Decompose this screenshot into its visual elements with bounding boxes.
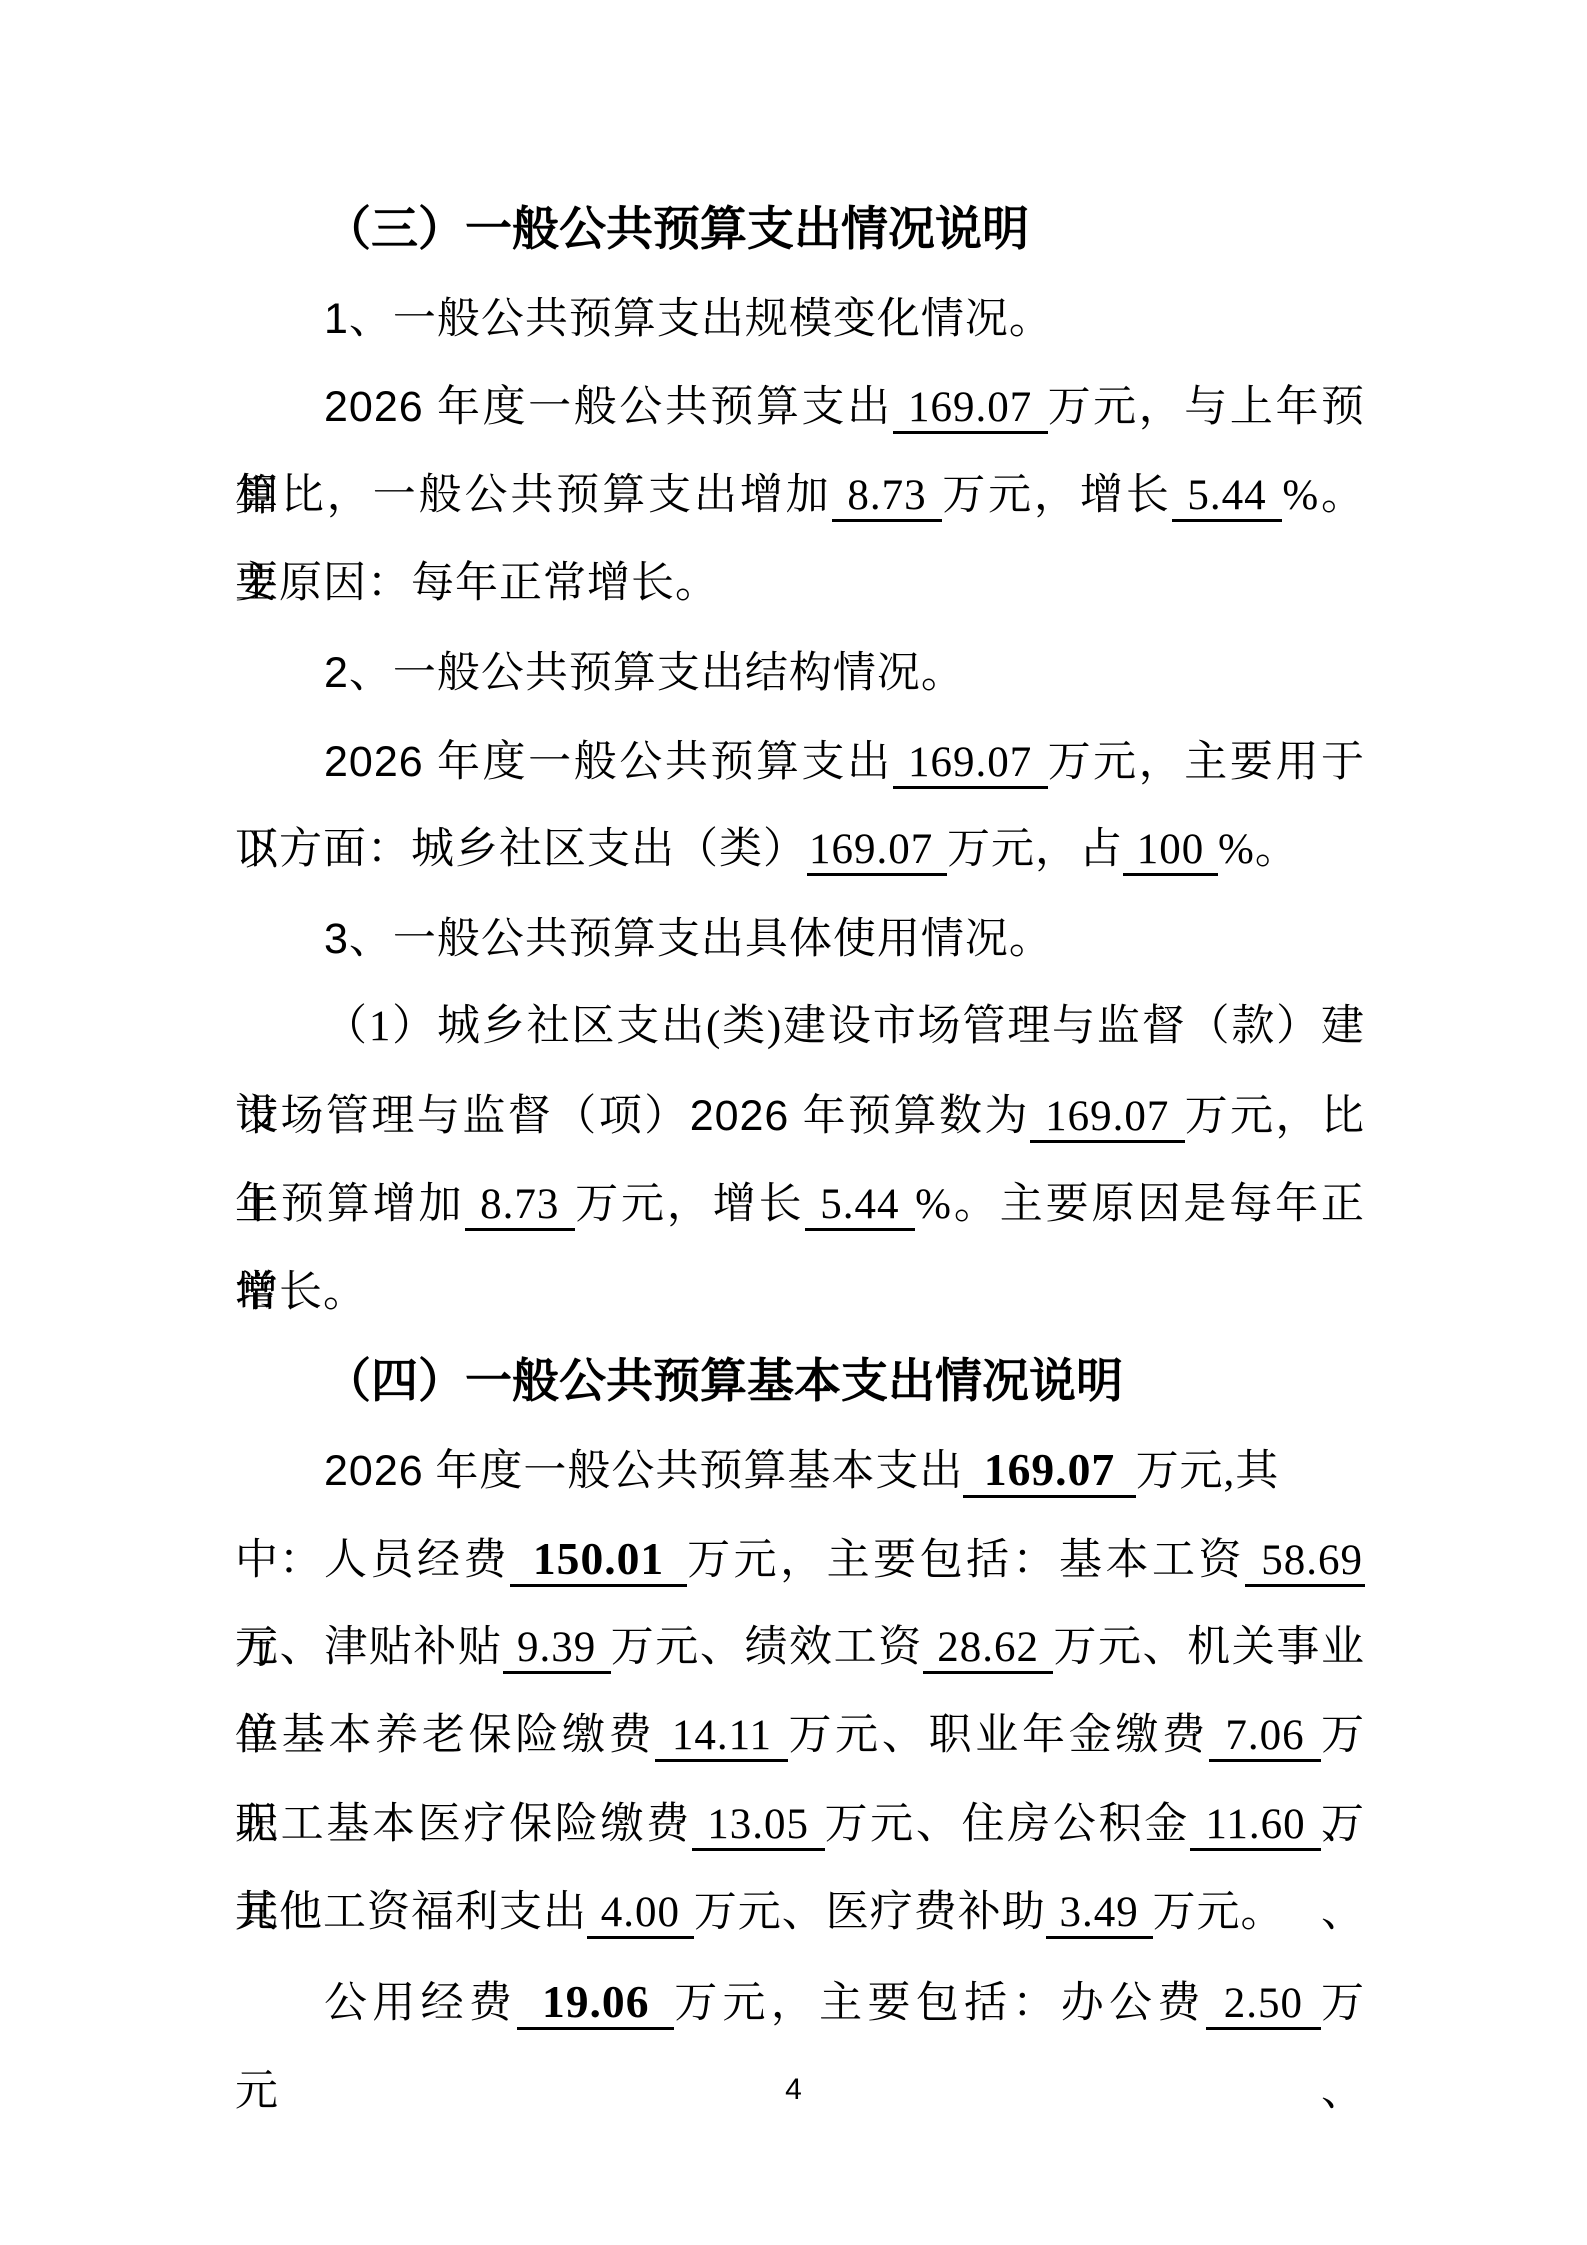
text-line: 位基本养老保险缴费 14.11 万元、职业年金缴费 7.06 万元、 xyxy=(235,1692,1365,1781)
heading-section-3: （三）一般公共预算支出情况说明 xyxy=(235,186,1365,275)
text-segment: 万元、医疗费补助 xyxy=(694,1889,1046,1936)
text-line: 1、一般公共预算支出规模变化情况。 xyxy=(235,275,1365,364)
text-segment: 年预算数为 xyxy=(789,1093,1030,1140)
budget-figure: 150.01 xyxy=(510,1533,687,1587)
text-line: 其他工资福利支出 4.00 万元、医疗费补助 3.49 万元。 xyxy=(235,1869,1365,1958)
budget-figure: 2.50 xyxy=(1206,1980,1321,2030)
text-segment: 万元，主要包括：办公费 xyxy=(674,1980,1205,2027)
budget-figure: 11.60 xyxy=(1190,1801,1321,1851)
budget-figure: 169.07 xyxy=(893,384,1048,434)
text-line: 相比，一般公共预算支出增加 8.73 万元，增长 5.44 %。主 xyxy=(235,452,1365,541)
text-segment: 下方面：城乡社区支出（类） xyxy=(235,826,807,873)
budget-figure: 169.07 xyxy=(893,739,1048,789)
budget-figure: 13.05 xyxy=(692,1801,825,1851)
text-segment: （四）一般公共预算基本支出情况说明 xyxy=(324,1356,1123,1408)
text-segment: 职工基本医疗保险缴费 xyxy=(235,1801,692,1848)
text-segment: 1 xyxy=(324,295,349,343)
text-line: 职工基本医疗保险缴费 13.05 万元、住房公积金 11.60 万元、 xyxy=(235,1781,1365,1870)
text-line: 年预算增加 8.73 万元，增长 5.44 %。主要原因是每年正常 xyxy=(235,1161,1365,1250)
budget-figure: 5.44 xyxy=(1172,472,1283,522)
budget-figure: 14.11 xyxy=(655,1712,788,1762)
text-line: 下方面：城乡社区支出（类）169.07 万元，占 100 %。 xyxy=(235,806,1365,895)
text-segment: 市场管理与监督（项） xyxy=(235,1093,690,1140)
budget-figure: 8.73 xyxy=(832,472,943,522)
text-line: 2026 年度一般公共预算支出 169.07 万元，与上年预算 xyxy=(235,363,1365,452)
text-segment: %。 xyxy=(1218,826,1299,873)
text-segment: 、一般公共预算支出结构情况。 xyxy=(349,650,965,697)
text-segment: 万元、职业年金缴费 xyxy=(788,1712,1208,1759)
text-segment: 2026 xyxy=(324,383,424,431)
text-segment: 万元、绩效工资 xyxy=(611,1624,923,1671)
text-segment: （三）一般公共预算支出情况说明 xyxy=(324,204,1029,256)
text-segment: 人员经费 xyxy=(324,1537,510,1584)
text-segment: 万元、住房公积金 xyxy=(825,1801,1191,1848)
text-line: 公用经费 19.06 万元，主要包括：办公费 2.50 万元、 xyxy=(235,1958,1365,2047)
text-segment: 万元。 xyxy=(1153,1889,1285,1936)
text-segment: 年度一般公共预算基本支出 xyxy=(424,1448,964,1495)
text-segment: 2026 xyxy=(690,1092,790,1140)
budget-figure: 4.00 xyxy=(587,1889,694,1939)
text-segment: 3 xyxy=(324,915,349,963)
budget-figure: 169.07 xyxy=(807,826,947,876)
text-segment: 相比，一般公共预算支出增加 xyxy=(235,472,832,519)
text-segment: 万元，增长 xyxy=(575,1181,805,1228)
text-line: 2026 年度一般公共预算基本支出 169.07 万元,其中： xyxy=(235,1426,1365,1515)
text-line: 增长。 xyxy=(235,1249,1365,1338)
budget-figure: 19.06 xyxy=(517,1976,674,2030)
text-segment: 万元，主要包括：基本工资 xyxy=(687,1537,1245,1584)
text-segment: 2 xyxy=(324,649,349,697)
budget-figure: 28.62 xyxy=(923,1624,1053,1674)
text-segment: 增长。 xyxy=(235,1269,367,1316)
text-segment: 要原因：每年正常增长。 xyxy=(235,560,719,607)
text-segment: 其他工资福利支出 xyxy=(235,1889,587,1936)
text-segment: 年预算增加 xyxy=(235,1181,465,1228)
text-segment: 2026 xyxy=(324,738,424,786)
text-segment: 年度一般公共预算支出 xyxy=(424,384,893,431)
text-segment: 万元，增长 xyxy=(942,472,1172,519)
text-segment: 年度一般公共预算支出 xyxy=(424,739,893,786)
budget-figure: 169.07 xyxy=(963,1444,1135,1498)
text-line: 人员经费 150.01 万元，主要包括：基本工资 58.69 万 xyxy=(235,1515,1365,1604)
text-line: 2、一般公共预算支出结构情况。 xyxy=(235,629,1365,718)
text-segment: 位基本养老保险缴费 xyxy=(235,1712,655,1759)
document-body: （三）一般公共预算支出情况说明1、一般公共预算支出规模变化情况。2026 年度一… xyxy=(0,0,1587,2046)
budget-figure: 5.44 xyxy=(805,1181,916,1231)
budget-figure: 9.39 xyxy=(503,1624,611,1674)
text-line: 要原因：每年正常增长。 xyxy=(235,540,1365,629)
text-segment: 2026 xyxy=(324,1447,424,1495)
document-page: （三）一般公共预算支出情况说明1、一般公共预算支出规模变化情况。2026 年度一… xyxy=(0,0,1587,2245)
budget-figure: 58.69 xyxy=(1245,1537,1365,1587)
text-segment: 、一般公共预算支出具体使用情况。 xyxy=(349,916,1053,963)
text-line: 市场管理与监督（项）2026 年预算数为 169.07 万元，比上 xyxy=(235,1072,1365,1161)
budget-figure: 3.49 xyxy=(1046,1889,1153,1939)
budget-figure: 7.06 xyxy=(1209,1712,1321,1762)
budget-figure: 169.07 xyxy=(1030,1093,1185,1143)
budget-figure: 100 xyxy=(1123,826,1218,876)
text-line: 元、津贴补贴 9.39 万元、绩效工资 28.62 万元、机关事业单 xyxy=(235,1604,1365,1693)
budget-figure: 8.73 xyxy=(465,1181,576,1231)
heading-section-4: （四）一般公共预算基本支出情况说明 xyxy=(235,1338,1365,1427)
text-line: 3、一般公共预算支出具体使用情况。 xyxy=(235,895,1365,984)
text-segment: 万元，占 xyxy=(947,826,1123,873)
text-segment: 公用经费 xyxy=(324,1980,517,2027)
text-line: （1）城乡社区支出(类)建设市场管理与监督（款）建设 xyxy=(235,983,1365,1072)
text-segment: 、一般公共预算支出规模变化情况。 xyxy=(349,296,1053,343)
text-segment: 元、津贴补贴 xyxy=(235,1624,503,1671)
text-line: 2026 年度一般公共预算支出 169.07 万元，主要用于以 xyxy=(235,718,1365,807)
